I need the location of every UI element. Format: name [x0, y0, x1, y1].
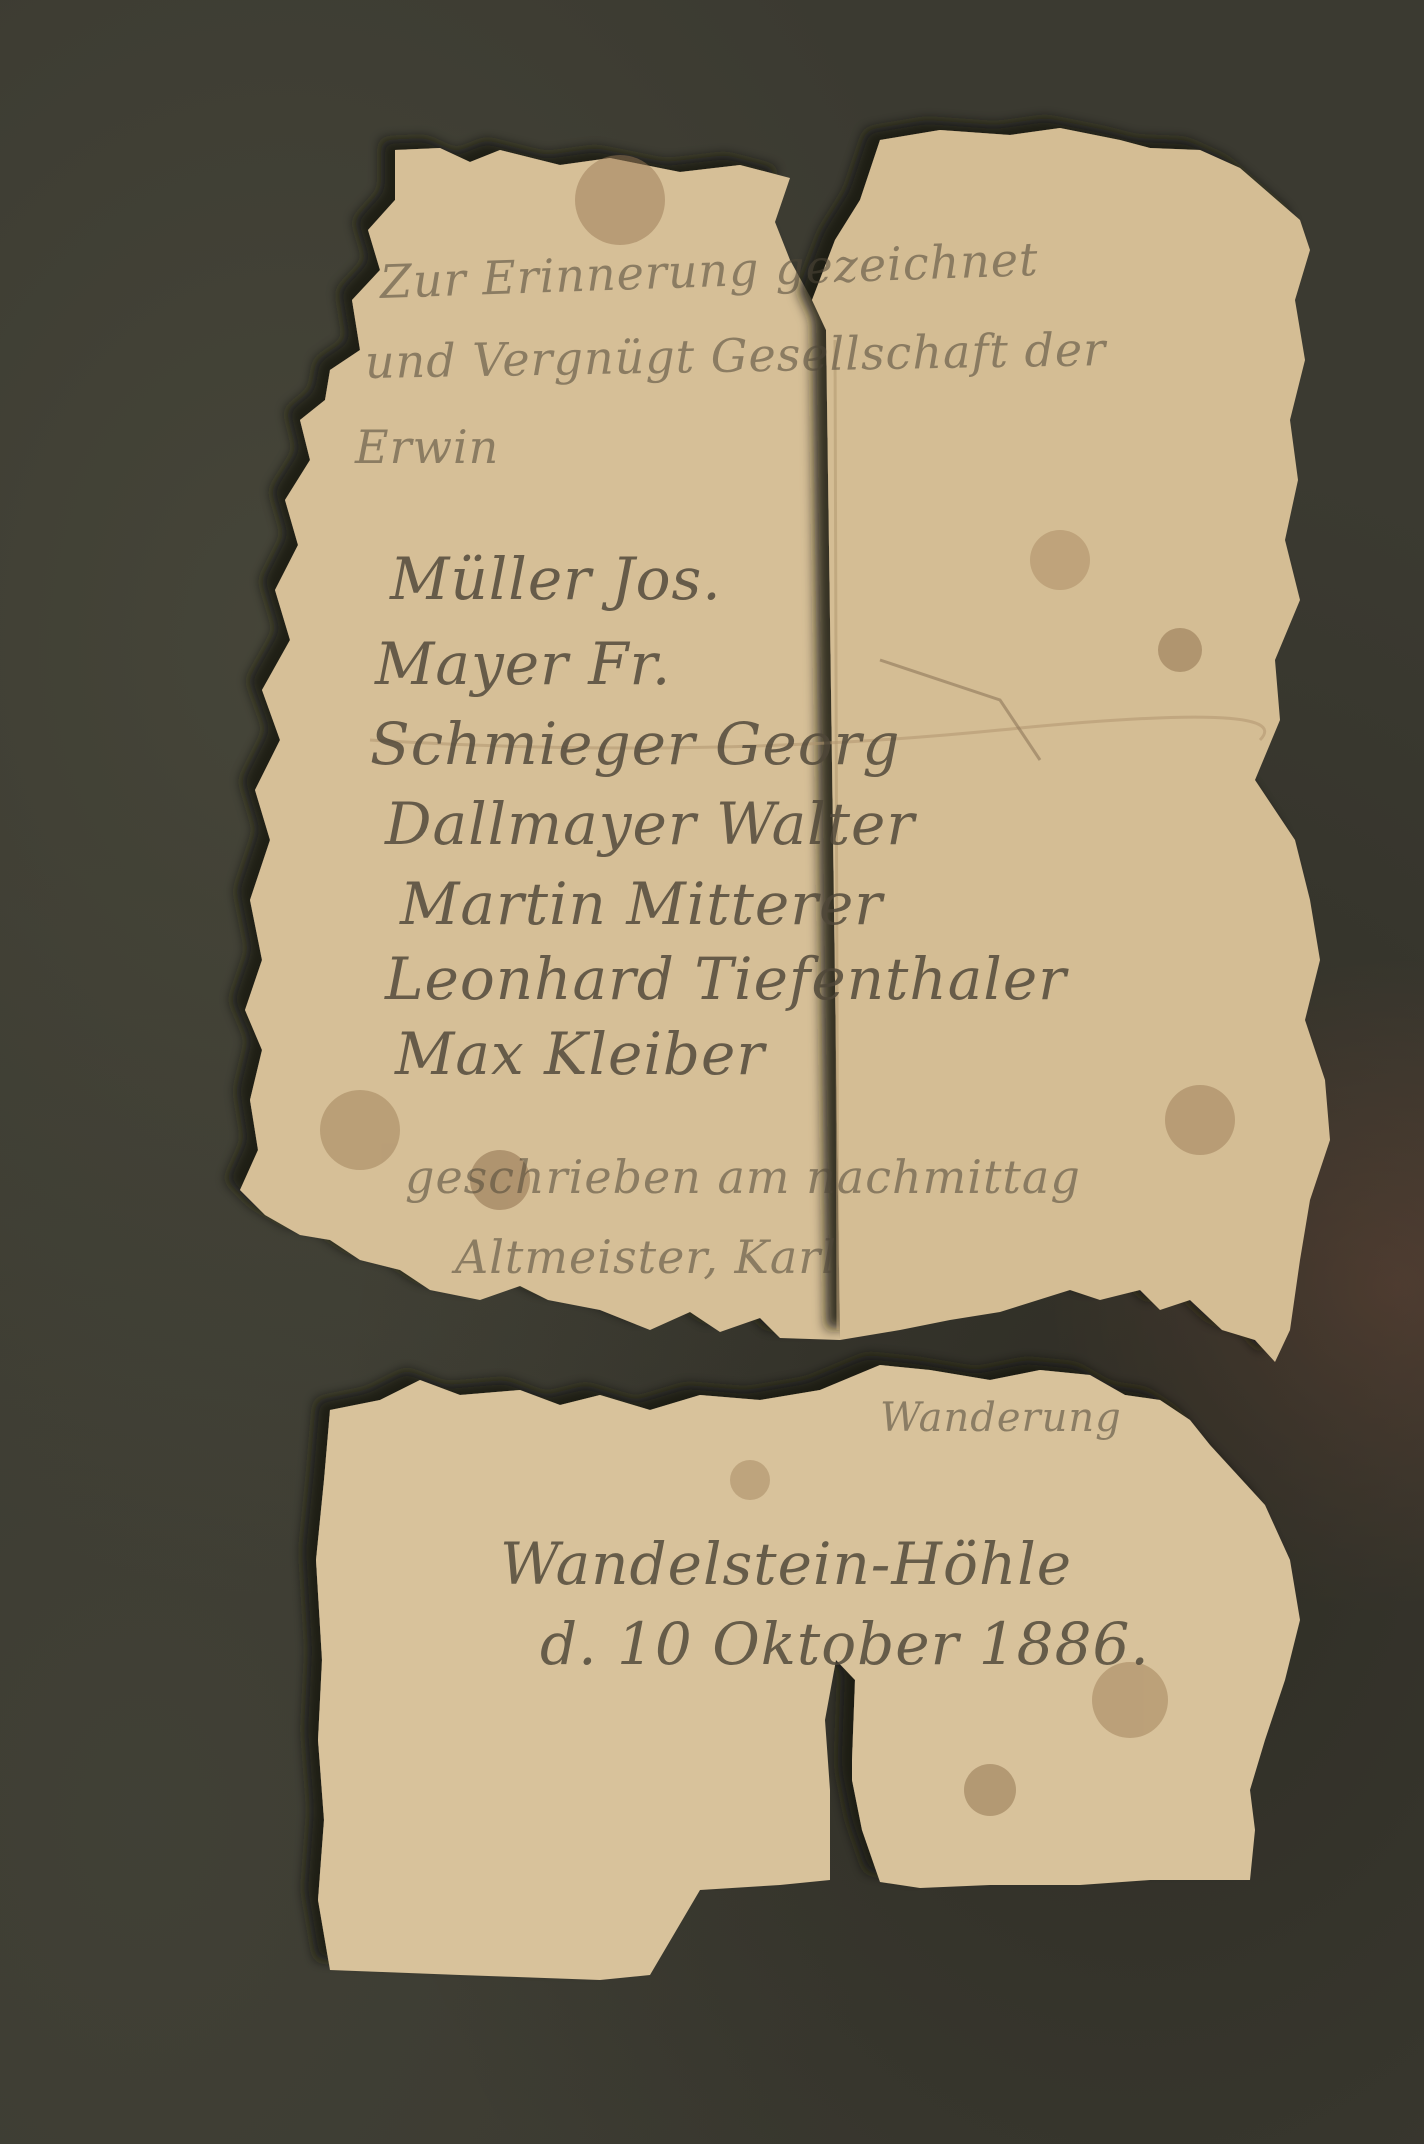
header-line-3: Erwin — [355, 420, 499, 474]
name-entry: Max Kleiber — [395, 1020, 765, 1088]
lower-top-line: Wanderung — [880, 1395, 1122, 1441]
photograph-of-torn-document: Zur Erinnerung gezeichnet und Vergnügt G… — [0, 0, 1424, 2144]
date-line: d. 10 Oktober 1886. — [540, 1610, 1150, 1678]
name-entry: Dallmayer Walter — [385, 790, 915, 858]
name-entry: Mayer Fr. — [375, 630, 671, 698]
closing-line-2: Altmeister, Karl — [455, 1230, 837, 1284]
name-entry: Martin Mitterer — [400, 870, 883, 938]
name-entry: Schmieger Georg — [370, 710, 901, 778]
name-entry: Müller Jos. — [390, 545, 722, 613]
closing-line-1: geschrieben am nachmittag — [405, 1150, 1081, 1204]
place-name: Wandelstein-Höhle — [500, 1530, 1072, 1598]
name-entry: Leonhard Tiefenthaler — [385, 945, 1067, 1013]
